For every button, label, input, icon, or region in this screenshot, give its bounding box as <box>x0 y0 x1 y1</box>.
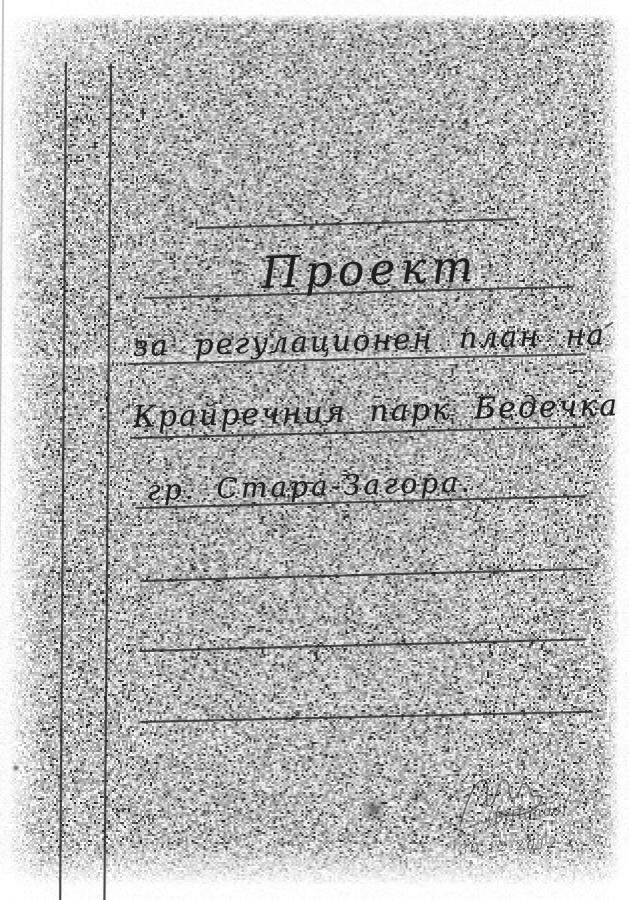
scanned-document-page: Проект за регулационен план на Крайречни… <box>0 0 629 900</box>
scan-speck <box>12 764 20 772</box>
document-title: Проект <box>261 245 479 296</box>
ink-smudge <box>360 798 386 820</box>
scan-speck <box>568 138 578 148</box>
paper-noise-texture <box>0 0 629 900</box>
scan-speck <box>436 99 442 105</box>
subtitle-line-3: гр. Стара-Загора. <box>146 468 473 505</box>
